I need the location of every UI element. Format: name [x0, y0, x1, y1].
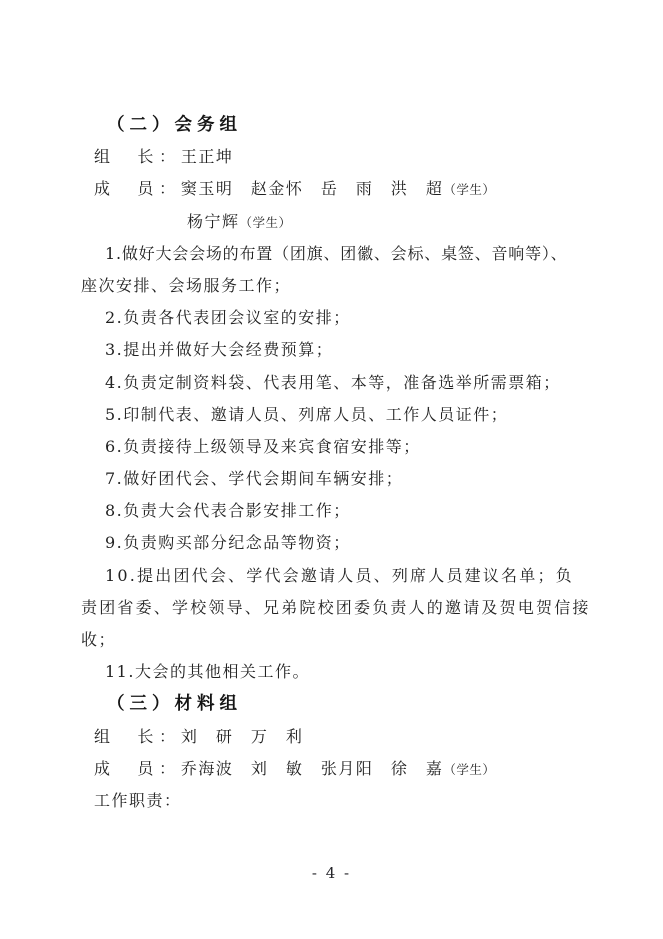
duty-item-1-line-1: 1.做好大会会场的布置（团旗、团徽、会标、桌签、音响等）、 [81, 238, 590, 270]
student-note: （学生） [443, 762, 495, 777]
members-line: 成 员：乔海波 刘 敏 张月阳 徐 嘉（学生） [81, 753, 590, 785]
duty-item-4: 4.负责定制资料袋、代表用笔、本等，准备选举所需票箱； [81, 367, 590, 399]
members-line: 成 员：窦玉明 赵金怀 岳 雨 洪 超（学生） [81, 173, 590, 205]
leader-label: 组 长： [94, 727, 181, 746]
leader-label: 组 长： [94, 147, 181, 166]
duty-item-1-line-2: 座次安排、会场服务工作； [81, 270, 590, 302]
duty-item-6: 6.负责接待上级领导及来宾食宿安排等； [81, 431, 590, 463]
duty-item-2: 2.负责各代表团会议室的安排； [81, 302, 590, 334]
members-label: 成 员： [94, 179, 181, 198]
duty-item-8: 8.负责大会代表合影安排工作； [81, 495, 590, 527]
duty-item-10-line-2: 责团省委、学校领导、兄弟院校团委负责人的邀请及贺电贺信接 [81, 592, 590, 624]
leader-line: 组 长：刘 研 万 利 [81, 721, 590, 753]
duty-item-10-line-1: 10.提出团代会、学代会邀请人员、列席人员建议名单；负 [81, 560, 590, 592]
members-names: 乔海波 刘 敏 张月阳 徐 嘉 [181, 759, 444, 778]
duty-item-5: 5.印制代表、邀请人员、列席人员、工作人员证件； [81, 399, 590, 431]
members-label: 成 员： [94, 759, 181, 778]
leader-names: 刘 研 万 利 [181, 727, 304, 746]
members-names: 窦玉明 赵金怀 岳 雨 洪 超 [181, 179, 444, 198]
duty-item-7: 7.做好团代会、学代会期间车辆安排； [81, 463, 590, 495]
duty-item-9: 9.负责购买部分纪念品等物资； [81, 527, 590, 559]
duty-item-3: 3.提出并做好大会经费预算； [81, 334, 590, 366]
members-names: 杨宁辉 [187, 212, 240, 231]
duty-item-10-line-3: 收； [81, 624, 590, 656]
page-number: - 4 - [0, 864, 663, 882]
section-heading: （二）会务组 [81, 109, 590, 141]
section-heading: （三）材料组 [81, 688, 590, 720]
duties-heading-line: 工作职责： [81, 785, 590, 817]
duty-item-11: 11.大会的其他相关工作。 [81, 656, 590, 688]
student-note: （学生） [443, 182, 495, 197]
duties-heading: 工作职责： [94, 791, 182, 810]
student-note: （学生） [240, 215, 292, 230]
document-page: （二）会务组 组 长：王正坤 成 员：窦玉明 赵金怀 岳 雨 洪 超（学生） 杨… [0, 0, 663, 939]
leader-line: 组 长：王正坤 [81, 141, 590, 173]
members-continuation-line: 杨宁辉（学生） [81, 206, 590, 238]
document-body: （二）会务组 组 长：王正坤 成 员：窦玉明 赵金怀 岳 雨 洪 超（学生） 杨… [81, 109, 590, 817]
leader-names: 王正坤 [181, 147, 234, 166]
